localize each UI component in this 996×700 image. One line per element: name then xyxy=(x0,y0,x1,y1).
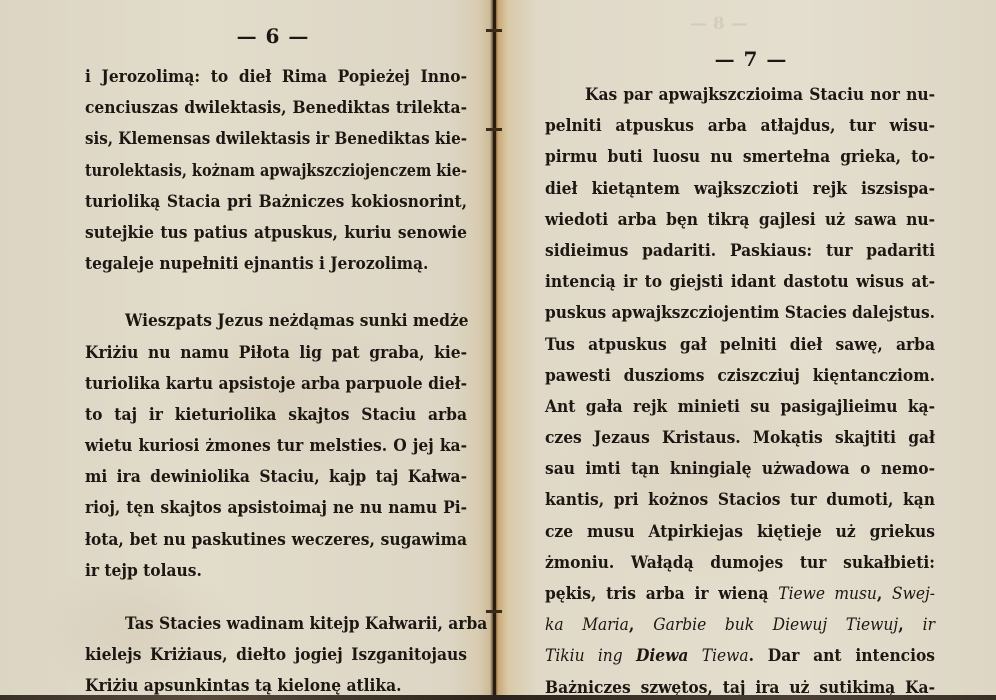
text-line: kielejs Kriżiaus, diełto jogiej Iszganit… xyxy=(85,640,467,671)
plain-text: . Dar ant intencios xyxy=(749,646,935,666)
paragraph-3: Tas Stacies wadinam kitejp Kałwarii, arb… xyxy=(85,609,467,700)
italic-prayer-title: Tiewe musu xyxy=(778,584,877,604)
bold-italic-word: Diewa xyxy=(636,646,688,666)
left-page: — 6 — i Jerozolimą: to dieł Rima Popieże… xyxy=(0,0,490,700)
paragraph-1: i Jerozolimą: to dieł Rima Popieżej Inno… xyxy=(85,62,467,280)
text-line: kantis, pri kożnos Stacios tur dumoti, k… xyxy=(545,485,935,516)
text-line: czes Jezaus Kristaus. Mokątis skajtiti g… xyxy=(545,423,935,454)
text-line: sis, Klemensas dwilektasis ir Benediktas… xyxy=(85,124,459,155)
text-line: sidieimus padariti. Paskiaus: tur padari… xyxy=(545,236,935,267)
text-line: pelniti atpuskus arba atłajdus, tur wisu… xyxy=(545,111,935,142)
text-line: sau imti tąn kningialę użwadowa o nemo- xyxy=(545,454,935,485)
right-page-body: Kas par apwajkszczioima Staciu nor nu- p… xyxy=(545,80,935,700)
text-line: Kas par apwajkszczioima Staciu nor nu- xyxy=(545,80,935,111)
text-line: turolektasis, kożnam apwajkszcziojenczem… xyxy=(85,156,442,187)
text-line: Tus atpuskus gał pelniti dieł sawę, arba xyxy=(545,330,935,361)
text-line: intencią ir to giejsti idant dastotu wis… xyxy=(545,267,935,298)
text-line: dieł kietąntem wajkszczioti rejk iszsisp… xyxy=(545,174,935,205)
book-spread: — 6 — i Jerozolimą: to dieł Rima Popieże… xyxy=(0,0,996,700)
text-line: mi ira dewiniolika Staciu, kajp taj Kałw… xyxy=(85,462,467,493)
text-line: rioj, tęn skajtos apsistoimaj ne nu namu… xyxy=(85,493,467,524)
text-line: cze musu Atpirkiejas kiętieje uż griekus xyxy=(545,517,935,548)
paragraph-2: Wieszpats Jezus neżdąmas sunki medże Kri… xyxy=(85,306,467,587)
text-line: i Jerozolimą: to dieł Rima Popieżej Inno… xyxy=(85,62,467,93)
text-line: pawesti duszioms cziszcziuj kięntancziom… xyxy=(545,361,935,392)
text-line: Wieszpats Jezus neżdąmas sunki medże xyxy=(85,306,467,337)
text-line-mixed: Tikiu ing Diewa Tiewa. Dar ant intencios xyxy=(545,641,935,672)
separator: , xyxy=(877,584,892,604)
text-line: tegaleje nupełniti ejnantis i Jerozolimą… xyxy=(85,249,467,280)
plain-text: pękis, tris arba ir wieną xyxy=(545,584,778,604)
text-line-mixed: ka Maria, Garbie buk Diewuj Tiewuj, ir xyxy=(545,610,935,641)
show-through-page-number: — 8 — xyxy=(690,14,748,34)
text-line: sutejkie tus patius atpuskus, kuriu seno… xyxy=(85,218,467,249)
page-bottom-edge xyxy=(0,695,996,700)
text-line: wietu kuriosi żmones tur melsties. O jej… xyxy=(85,431,467,462)
italic-prayer-title: Swej- xyxy=(892,584,935,604)
text-line: Kriżiu nu namu Piłota lig pat graba, kie… xyxy=(85,338,467,369)
text-line: turioliką Stacia pri Bażniczes kokiosnor… xyxy=(85,187,467,218)
italic-prayer-title: Tiewa xyxy=(688,646,748,666)
text-line-mixed: pękis, tris arba ir wieną Tiewe musu, Sw… xyxy=(545,579,935,610)
text-line: Ant gała rejk minieti su pasigajlieimu k… xyxy=(545,392,935,423)
book-gutter xyxy=(493,0,496,700)
text-line: turiolika kartu apsistoje arba parpuole … xyxy=(85,369,467,400)
italic-prayer-title-bold: Diewa xyxy=(636,646,688,666)
text-line: ir tejp tolaus. xyxy=(85,556,467,587)
text-line: łota, bet nu paskutines weczeres, sugawi… xyxy=(85,525,467,556)
text-line: pirmu buti luosu nu smertełna grieka, to… xyxy=(545,142,935,173)
text-line: Tas Stacies wadinam kitejp Kałwarii, arb… xyxy=(85,609,467,640)
text-line: puskus apwajkszcziojentim Stacies dalejs… xyxy=(545,298,934,329)
left-page-body: i Jerozolimą: to dieł Rima Popieżej Inno… xyxy=(85,62,467,700)
text-line: wiedoti arba bęn tikrą gajlesi uż sawa n… xyxy=(545,205,935,236)
italic-prayer-title: ka Maria xyxy=(545,615,629,635)
separator: , xyxy=(898,615,922,635)
italic-prayer-title: Tikiu ing xyxy=(545,646,636,666)
italic-prayer-title: Garbie buk Diewuj Tiewuj xyxy=(653,615,898,635)
text-line: żmoniu. Wałądą dumojes tur sukałbieti: xyxy=(545,548,935,579)
separator: , xyxy=(629,615,653,635)
italic-word: ir xyxy=(923,615,935,635)
text-line: cenciuszas dwilektasis, Benediktas trile… xyxy=(85,93,467,124)
page-number-6: — 6 — xyxy=(213,24,333,48)
page-number-7: — 7 — xyxy=(691,47,811,71)
right-page: — 8 — — 7 — Kas par apwajkszczioima Stac… xyxy=(500,0,996,700)
text-line: to taj ir kieturiolika skajtos Staciu ar… xyxy=(85,400,467,431)
